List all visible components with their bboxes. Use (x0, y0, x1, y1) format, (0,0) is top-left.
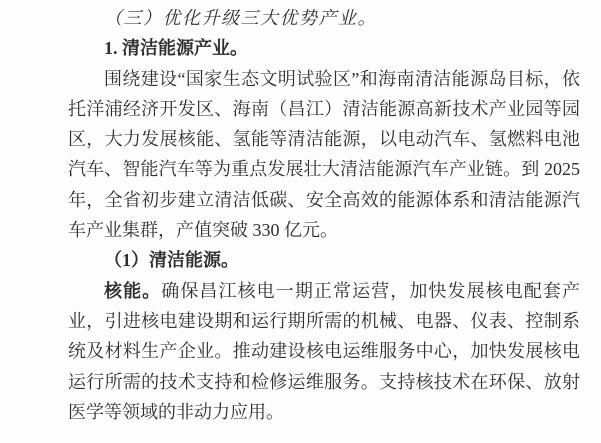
paragraph-nuclear-text: 确保昌江核电一期正常运营，加快发展核电配套产业，引进核电建设期和运行期所需的机械… (68, 281, 580, 422)
paragraph-nuclear-lead: 核能。 (104, 281, 161, 301)
section-heading: （三）优化升级三大优势产业。 (68, 3, 580, 33)
paragraph-overview: 围绕建设“国家生态文明试验区”和海南清洁能源岛目标，依托洋浦经济开发区、海南（昌… (68, 64, 580, 246)
paragraph-nuclear: 核能。确保昌江核电一期正常运营，加快发展核电配套产业，引进核电建设期和运行期所需… (68, 276, 580, 427)
item-heading: （1）清洁能源。 (68, 245, 580, 275)
document-page: （三）优化升级三大优势产业。 1. 清洁能源产业。 围绕建设“国家生态文明试验区… (0, 0, 601, 443)
sub-heading: 1. 清洁能源产业。 (68, 33, 580, 63)
